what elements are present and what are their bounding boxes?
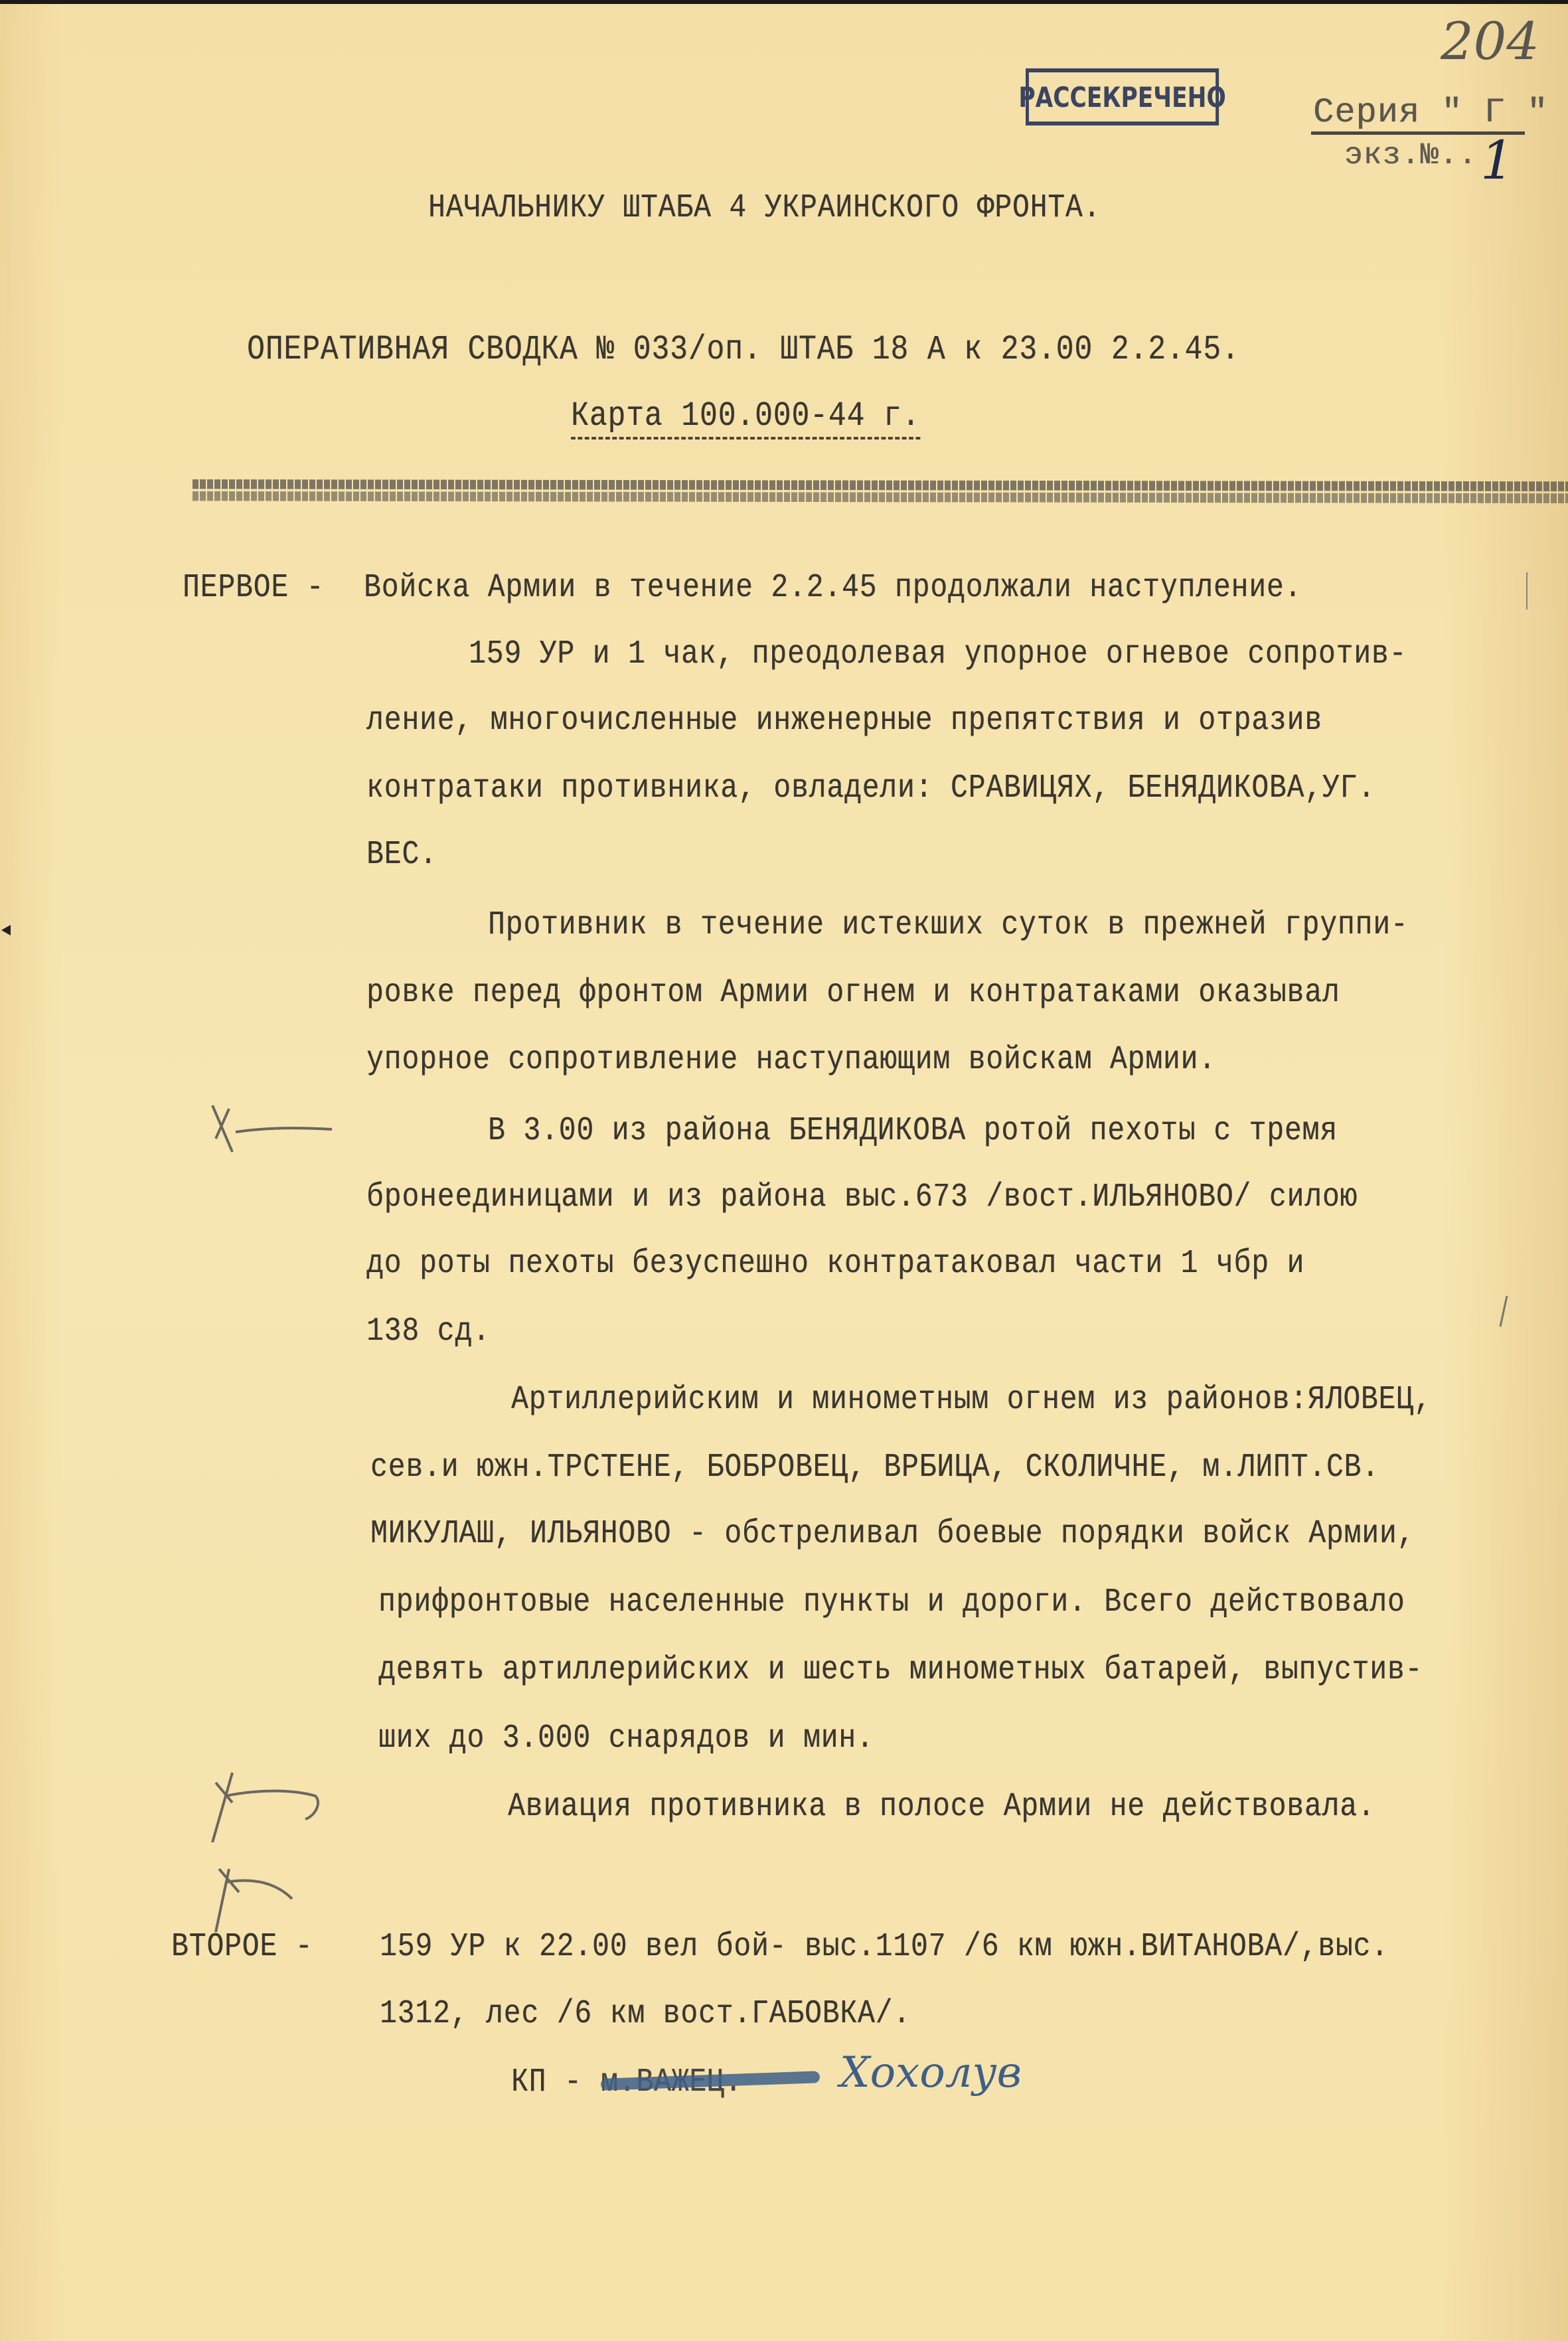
section-second-label: ВТОРОЕ -	[171, 1928, 313, 1966]
scan-artifact	[1, 925, 11, 935]
body-line: 159 УР к 22.00 вел бой- выс.1107 /6 км ю…	[380, 1928, 1389, 1966]
body-line: Авиация противника в полосе Армии не дей…	[508, 1788, 1375, 1826]
body-line: до роты пехоты безуспешно контратаковал …	[366, 1245, 1304, 1283]
copy-label: экз.№..	[1344, 138, 1477, 173]
margin-check-mark-icon	[206, 1769, 339, 1842]
document-page: 204 РАССЕКРЕЧЕНО Серия " Г " экз.№.. 1 Н…	[0, 0, 1568, 2341]
body-line: Войска Армии в течение 2.2.45 продолжали…	[364, 569, 1302, 607]
kp-label: КП -	[511, 2063, 582, 2101]
body-line: Противник в течение истекших суток в пре…	[488, 906, 1409, 944]
copy-number: 1	[1480, 129, 1514, 191]
separator-line-2	[193, 491, 1568, 503]
body-line: ровке перед фронтом Армии огнем и контра…	[366, 974, 1340, 1012]
body-line: МИКУЛАШ, ИЛЬЯНОВО - обстреливал боевые п…	[370, 1515, 1415, 1553]
body-line: 159 УР и 1 чак, преодолевая упорное огне…	[469, 635, 1407, 673]
body-line: Артиллерийским и минометным огнем из рай…	[511, 1381, 1432, 1419]
body-line: сев.и южн.ТРСТЕНЕ, БОБРОВЕЦ, ВРБИЦА, СКО…	[370, 1449, 1379, 1487]
series-label: Серия " Г "	[1313, 93, 1548, 132]
addressee: НАЧАЛЬНИКУ ШТАБА 4 УКРАИНСКОГО ФРОНТА.	[428, 189, 1101, 227]
body-line: упорное сопротивление наступающим войска…	[366, 1041, 1216, 1079]
body-line: ление, многочисленные инженерные препятс…	[366, 702, 1322, 740]
section-first-label: ПЕРВОЕ -	[183, 569, 324, 607]
pencil-tick-icon	[1497, 1295, 1510, 1328]
folio-number: 204	[1441, 12, 1539, 72]
report-title: ОПЕРАТИВНАЯ СВОДКА № 033/оп. ШТАБ 18 А к…	[247, 330, 1240, 369]
body-line: 1312, лес /6 км вост.ГАБОВКА/.	[380, 1995, 911, 2033]
body-line: девять артиллерийских и шесть минометных…	[378, 1651, 1423, 1689]
body-line: В 3.00 из района БЕНЯДИКОВА ротой пехоты…	[488, 1112, 1338, 1150]
separator-line	[193, 479, 1568, 491]
body-line: ших до 3.000 снарядов и мин.	[378, 1720, 874, 1757]
kp-handwritten-correction: Хохолув	[840, 2048, 1022, 2097]
margin-check-mark-icon	[212, 1866, 319, 1932]
declassified-stamp-text: РАССЕКРЕЧЕНО	[1018, 81, 1225, 114]
declassified-stamp: РАССЕКРЕЧЕНО	[1026, 68, 1219, 125]
body-line: контратаки противника, овладели: СРАВИЦЯ…	[366, 769, 1375, 807]
body-line: прифронтовые населенные пункты и дороги.…	[378, 1583, 1405, 1621]
scan-edge	[0, 0, 1568, 4]
body-line: ВЕС.	[366, 836, 437, 874]
margin-check-mark-icon	[206, 1099, 339, 1159]
map-reference: Карта 100.000-44 г.	[571, 396, 920, 440]
body-line: 138 сд.	[366, 1313, 491, 1350]
pencil-tick-icon	[1520, 571, 1533, 611]
body-line: бронеединицами и из района выс.673 /вост…	[366, 1178, 1358, 1216]
